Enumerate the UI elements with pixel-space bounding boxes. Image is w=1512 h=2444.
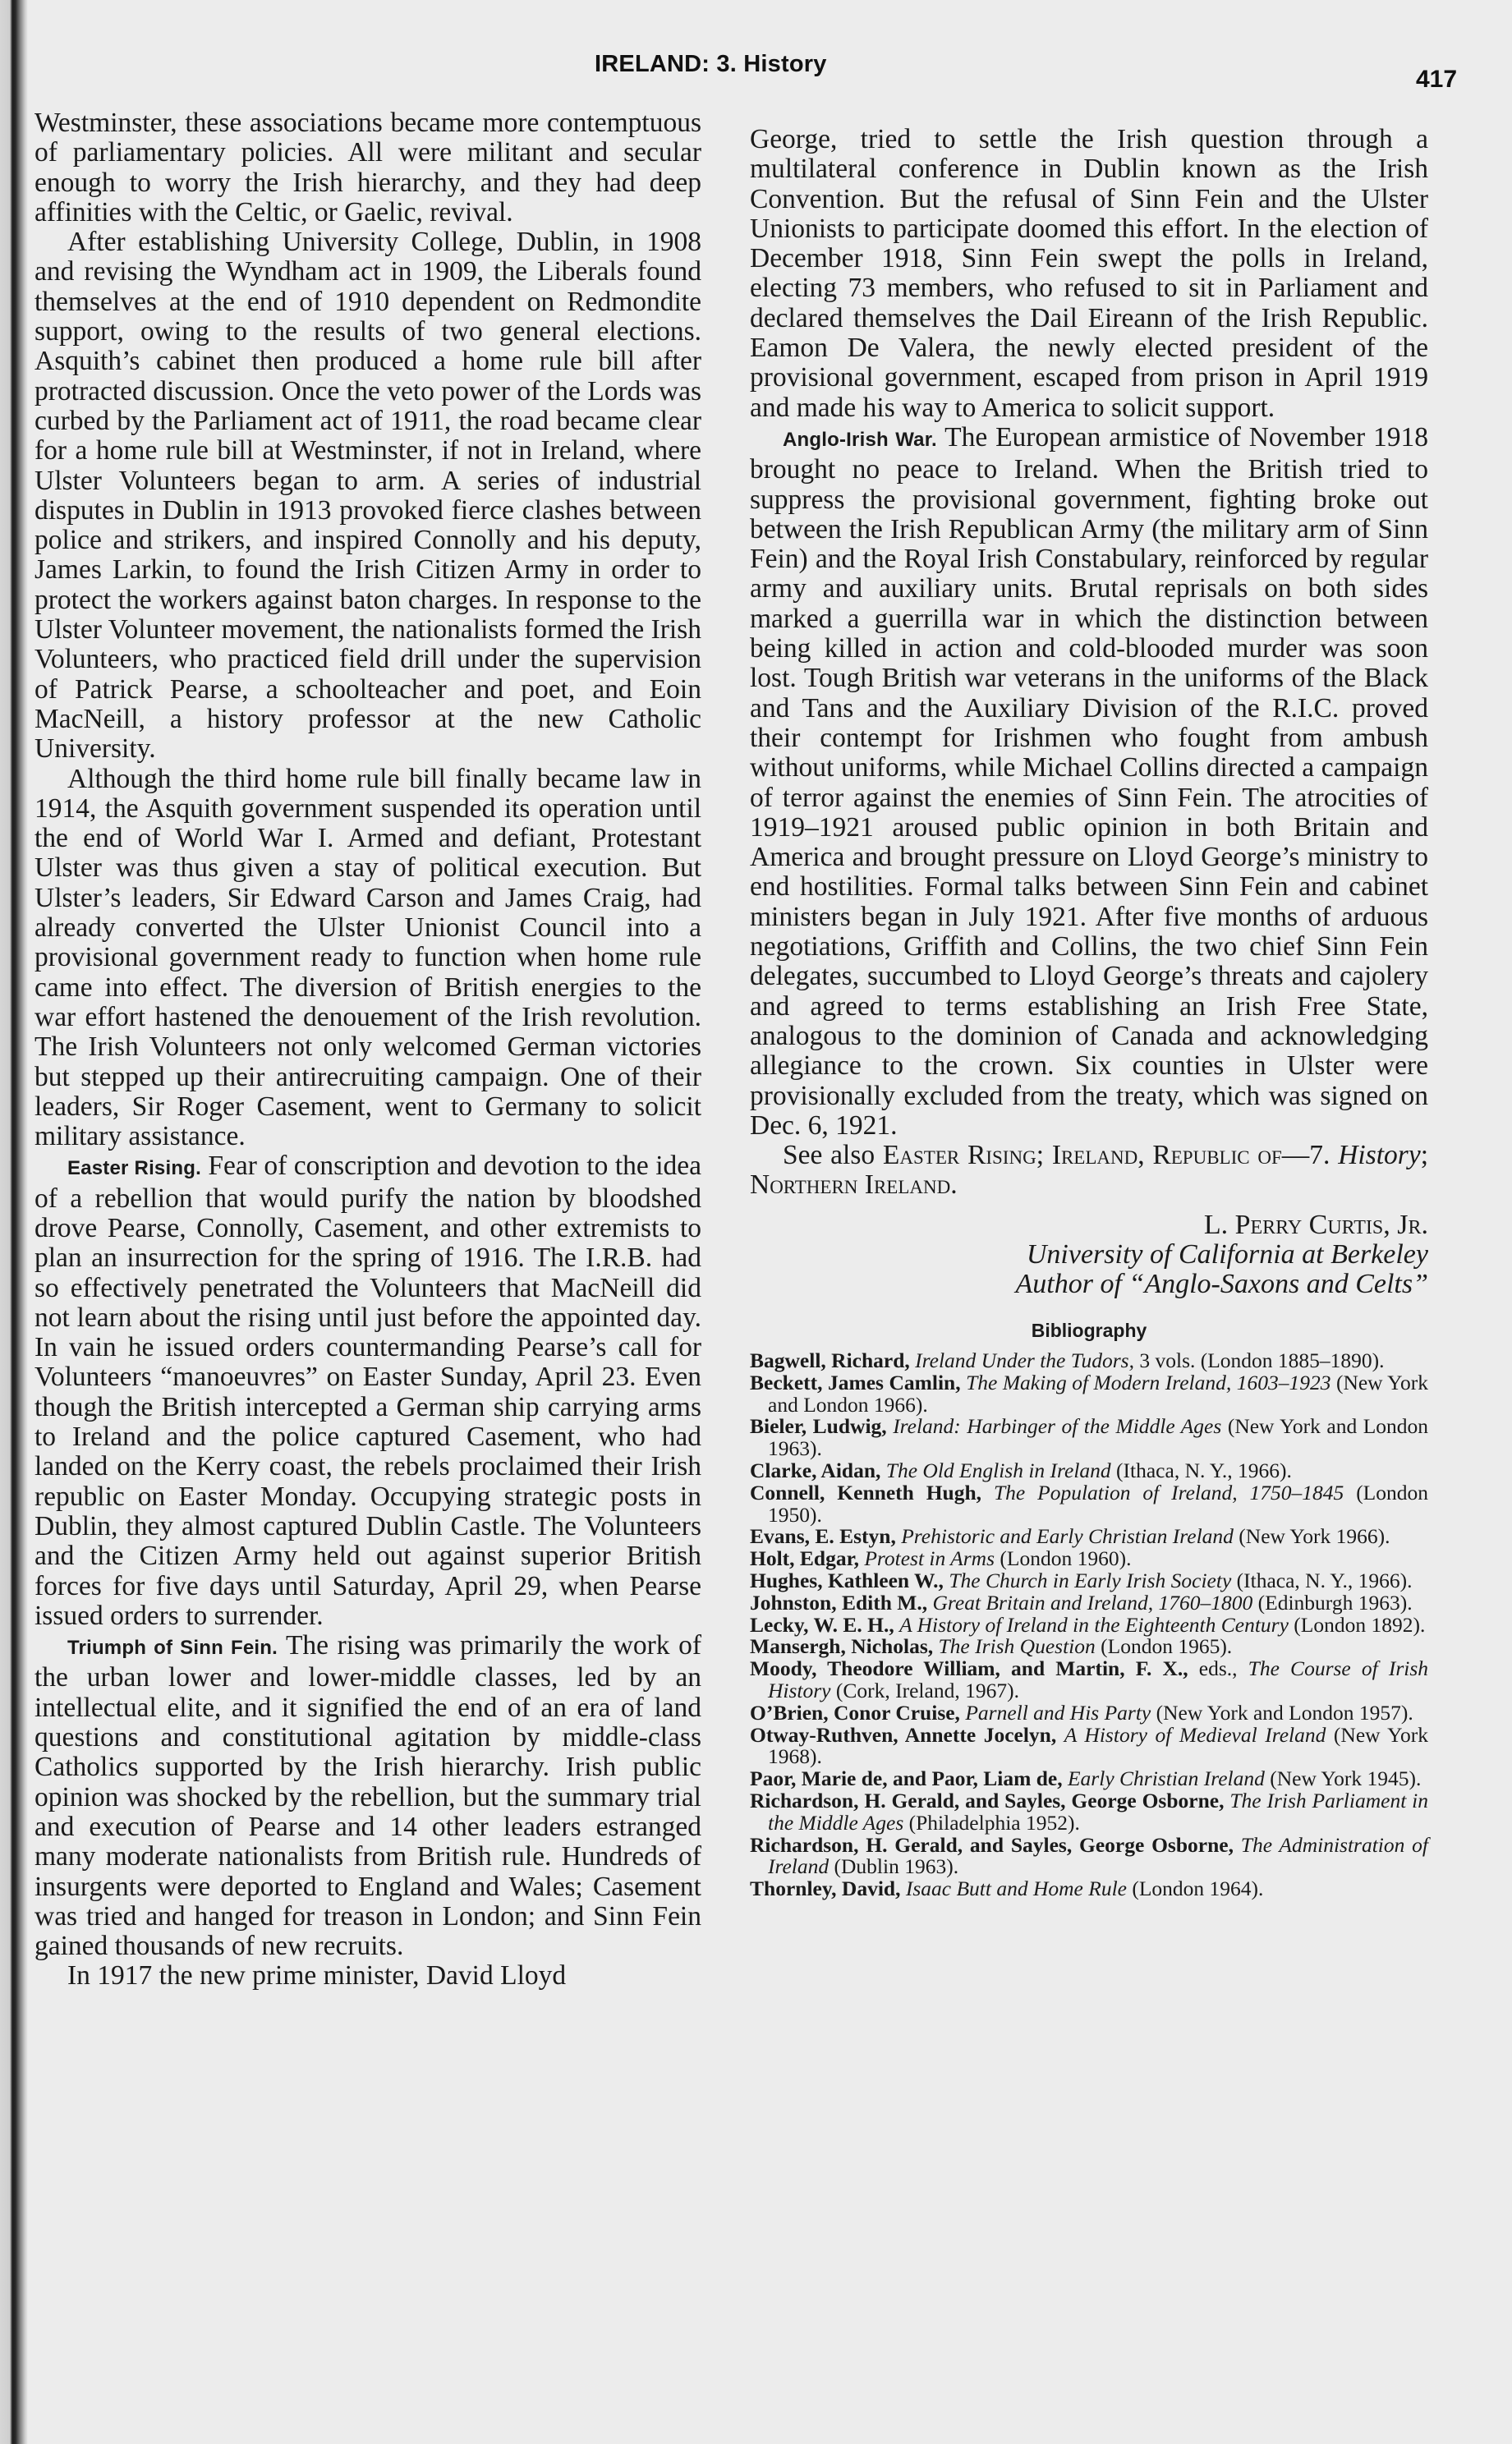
entry-publication: (London 1964). — [1132, 1877, 1263, 1900]
entry-publication: 3 vols. (London 1885–1890). — [1139, 1348, 1384, 1372]
entry-title: The Old English in Ireland — [886, 1459, 1111, 1482]
entry-editor-note: eds., — [1199, 1656, 1248, 1680]
bibliography-entry: Moody, Theodore William, and Martin, F. … — [750, 1658, 1428, 1702]
paragraph-easter-rising: Easter Rising. Fear of conscription and … — [34, 1151, 701, 1631]
paragraph-triumph-sinn-fein: Triumph of Sinn Fein. The rising was pri… — [34, 1631, 701, 1961]
bibliography-entry: Evans, E. Estyn, Prehistoric and Early C… — [750, 1526, 1428, 1548]
paragraph: After establishing University College, D… — [34, 227, 701, 764]
entry-title: Isaac Butt and Home Rule — [906, 1877, 1127, 1900]
entry-author: Thornley, David, — [750, 1877, 901, 1900]
entry-title: The Making of Modern Ireland, 1603–1923 — [966, 1371, 1330, 1394]
section-heading-triumph-of-sinn-fein: Triumph of Sinn Fein. — [67, 1637, 278, 1659]
bibliography-entry: Mansergh, Nicholas, The Irish Question (… — [750, 1636, 1428, 1658]
bibliography-entry: Bieler, Ludwig, Ireland: Harbinger of th… — [750, 1416, 1428, 1460]
left-column: Westminster, these associations became m… — [34, 108, 701, 1991]
entry-author: Bagwell, Richard, — [750, 1348, 910, 1372]
bibliography-entry: Clarke, Aidan, The Old English in Irelan… — [750, 1460, 1428, 1482]
running-title: IRELAND: 3. History — [595, 51, 827, 78]
bibliography-entry: Hughes, Kathleen W., The Church in Early… — [750, 1570, 1428, 1592]
bibliography-entry: Richardson, H. Gerald, and Sayles, Georg… — [750, 1790, 1428, 1835]
entry-title: Ireland: Harbinger of the Middle Ages — [893, 1414, 1221, 1438]
section-heading-anglo-irish-war: Anglo-Irish War. — [783, 429, 937, 451]
entry-author: Johnston, Edith M., — [750, 1591, 927, 1615]
paragraph: George, tried to settle the Irish questi… — [750, 125, 1428, 423]
bibliography-entry: O’Brien, Conor Cruise, Parnell and His P… — [750, 1702, 1428, 1725]
entry-title: A History of Medieval Ireland — [1064, 1723, 1326, 1747]
entry-title: The Irish Question — [939, 1634, 1096, 1658]
section-heading-easter-rising: Easter Rising. — [67, 1157, 201, 1179]
cross-reference-link[interactable]: Northern Ireland — [750, 1169, 950, 1200]
entry-author: Evans, E. Estyn, — [750, 1524, 896, 1548]
paragraph: In 1917 the new prime minister, David Ll… — [34, 1961, 701, 1991]
bibliography-entry: Connell, Kenneth Hugh, The Population of… — [750, 1482, 1428, 1527]
entry-publication: (Ithaca, N. Y., 1966). — [1237, 1569, 1413, 1592]
entry-title: Prehistoric and Early Christian Ireland — [901, 1524, 1234, 1548]
entry-publication: (Dublin 1963). — [834, 1854, 959, 1878]
entry-author: Moody, Theodore William, and Martin, F. … — [750, 1656, 1188, 1680]
bibliography-entry: Otway-Ruthven, Annette Jocelyn, A Histor… — [750, 1725, 1428, 1769]
bibliography-entry: Beckett, James Camlin, The Making of Mod… — [750, 1372, 1428, 1417]
entry-author: O’Brien, Conor Cruise, — [750, 1701, 960, 1725]
entry-title: The Population of Ireland, 1750–1845 — [994, 1481, 1344, 1505]
author-works: Author of “Anglo-Saxons and Celts” — [750, 1270, 1428, 1299]
entry-publication: (London 1965). — [1101, 1634, 1232, 1658]
entry-author: Mansergh, Nicholas, — [750, 1634, 933, 1658]
bibliography-entry: Paor, Marie de, and Paor, Liam de, Early… — [750, 1768, 1428, 1790]
entry-publication: (London 1960). — [1000, 1546, 1131, 1570]
bibliography-entry: Holt, Edgar, Protest in Arms (London 196… — [750, 1548, 1428, 1570]
author-signature: L. Perry Curtis, Jr. University of Calif… — [750, 1211, 1428, 1299]
entry-publication: (New York and London 1957). — [1156, 1701, 1413, 1725]
paragraph: Although the third home rule bill finall… — [34, 765, 701, 1152]
entry-author: Paor, Marie de, and Paor, Liam de, — [750, 1766, 1063, 1790]
author-affiliation: University of California at Berkeley — [750, 1240, 1428, 1270]
entry-publication: (Edinburgh 1963). — [1258, 1591, 1413, 1615]
book-binding-edge — [0, 0, 28, 2444]
paragraph: Westminster, these associations became m… — [34, 108, 701, 227]
entry-author: Holt, Edgar, — [750, 1546, 859, 1570]
bibliography-entry: Lecky, W. E. H., A History of Ireland in… — [750, 1615, 1428, 1637]
paragraph-text: Fear of conscription and devotion to the… — [34, 1151, 701, 1630]
entry-author: Clarke, Aidan, — [750, 1459, 880, 1482]
entry-author: Lecky, W. E. H., — [750, 1613, 894, 1637]
bibliography-heading: Bibliography — [750, 1316, 1428, 1345]
cross-reference-link[interactable]: Easter Rising — [883, 1140, 1036, 1170]
entry-title: The Church in Early Irish Society — [949, 1569, 1231, 1592]
paragraph-text: The European armistice of November 1918 … — [750, 422, 1428, 1141]
entry-author: Connell, Kenneth Hugh, — [750, 1481, 981, 1505]
bibliography-list: Bagwell, Richard, Ireland Under the Tudo… — [750, 1350, 1428, 1900]
right-column: George, tried to settle the Irish questi… — [750, 125, 1428, 1900]
entry-publication: (Ithaca, N. Y., 1966). — [1116, 1459, 1292, 1482]
entry-title: Early Christian Ireland — [1068, 1766, 1265, 1790]
entry-title: Great Britain and Ireland, 1760–1800 — [932, 1591, 1252, 1615]
cross-reference-subsection[interactable]: History — [1338, 1140, 1421, 1170]
bibliography-entry: Thornley, David, Isaac Butt and Home Rul… — [750, 1878, 1428, 1900]
paragraph-text: The rising was primarily the work of the… — [34, 1630, 701, 1961]
entry-publication: (New York 1945). — [1270, 1766, 1421, 1790]
entry-title: Parnell and His Party — [965, 1701, 1151, 1725]
entry-publication: (Cork, Ireland, 1967). — [836, 1679, 1019, 1702]
cross-reference-link[interactable]: Ireland, Republic of — [1052, 1140, 1282, 1170]
bibliography-entry: Richardson, H. Gerald, and Sayles, Georg… — [750, 1835, 1428, 1879]
page-number: 417 — [1416, 66, 1457, 94]
entry-author: Bieler, Ludwig, — [750, 1414, 887, 1438]
entry-title: Ireland Under the Tudors, — [915, 1348, 1134, 1372]
see-also: See also Easter Rising; Ireland, Republi… — [750, 1141, 1428, 1201]
entry-title: A History of Ireland in the Eighteenth C… — [899, 1613, 1289, 1637]
bibliography-entry: Johnston, Edith M., Great Britain and Ir… — [750, 1592, 1428, 1615]
entry-author: Otway-Ruthven, Annette Jocelyn, — [750, 1723, 1056, 1747]
paragraph-anglo-irish-war: Anglo-Irish War. The European armistice … — [750, 423, 1428, 1141]
entry-publication: (Philadelphia 1952). — [909, 1811, 1080, 1835]
entry-publication: (London 1892). — [1294, 1613, 1425, 1637]
entry-author: Beckett, James Camlin, — [750, 1371, 961, 1394]
entry-author: Hughes, Kathleen W., — [750, 1569, 944, 1592]
author-name: L. Perry Curtis, Jr. — [750, 1211, 1428, 1240]
entry-publication: (New York 1966). — [1239, 1524, 1390, 1548]
entry-title: Protest in Arms — [864, 1546, 995, 1570]
entry-author: Richardson, H. Gerald, and Sayles, Georg… — [750, 1833, 1234, 1857]
entry-author: Richardson, H. Gerald, and Sayles, Georg… — [750, 1789, 1224, 1812]
bibliography-entry: Bagwell, Richard, Ireland Under the Tudo… — [750, 1350, 1428, 1372]
